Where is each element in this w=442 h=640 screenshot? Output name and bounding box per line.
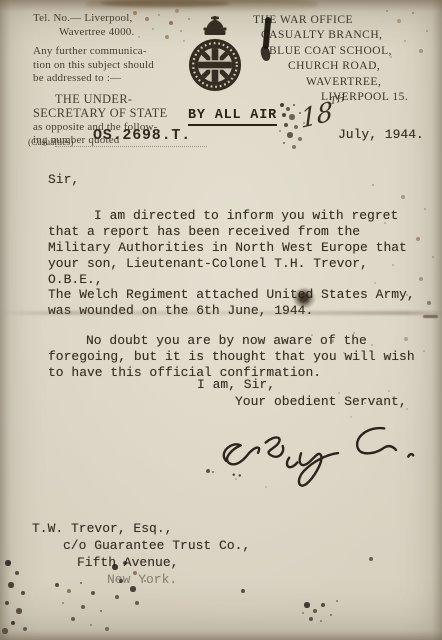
note-line: Any further communica-: [33, 45, 191, 59]
stain-speckles: [300, 598, 302, 600]
body-line: foregoing, but it is thought that you wi…: [48, 349, 430, 365]
office-line: BLUE COAT SCHOOL,: [269, 44, 408, 59]
stain: [100, 0, 230, 7]
office-line: CHURCH ROAD,: [288, 59, 408, 74]
recipient-line: T.W. Trevor, Esq.,: [32, 520, 250, 537]
salutation: Sir,: [48, 172, 430, 188]
office-line: WAVERTREE,: [306, 75, 408, 90]
stain-speckles: [4, 558, 6, 560]
body-line: was wounded on the 6th June, 1944.: [48, 303, 430, 319]
body-line: your son, Lieutenant-Colonel T.H. Trevor…: [48, 256, 430, 288]
crown-union-jack-seal-icon: [182, 16, 248, 96]
date-day-suffix: TH: [330, 92, 346, 107]
closing-line: Your obedient Servant,: [235, 394, 407, 410]
recipient-line: c/o Guarantee Trust Co.,: [32, 537, 250, 554]
tel-line: Tel. No.— Liverpool,: [33, 12, 191, 26]
stain: [86, 0, 318, 12]
body-line: that a report has been received from the: [48, 224, 430, 240]
stain-speckles: [382, 6, 384, 8]
body-line: Military Authorities in North West Europ…: [48, 240, 430, 256]
reference-line: OS.2698.T.: [55, 126, 207, 147]
stain-speckles: [330, 386, 332, 388]
air-mail-stamp: BY ALL AIR: [188, 108, 277, 126]
addressee-line: SECRETARY OF STATE: [33, 107, 191, 121]
paragraph-1: I am directed to inform you with regret …: [48, 208, 430, 319]
paragraph-2: No doubt you are by now aware of the for…: [48, 333, 430, 381]
date-day: 18: [300, 97, 333, 136]
typed-date: July, 1944.: [338, 127, 424, 143]
recipient-line: Fifth Avenue,: [32, 554, 250, 571]
body-line: The Welch Regiment attached United State…: [48, 287, 430, 303]
office-address: THE WAR OFFICE CASUALTY BRANCH, BLUE COA…: [253, 13, 408, 105]
office-line: CASUALTY BRANCH,: [261, 28, 408, 43]
letter-page: Tel. No.— Liverpool, Wavertree 4000. Any…: [0, 0, 442, 640]
signature-scrawl: [187, 412, 433, 492]
body-line: No doubt you are by now aware of the: [48, 333, 430, 349]
reference-number: OS.2698.T.: [55, 127, 191, 144]
office-line: THE WAR OFFICE: [253, 13, 408, 28]
body-line: I am directed to inform you with regret: [48, 208, 430, 224]
note-line: be addressed to :—: [33, 72, 191, 86]
closing-line: I am, Sir,: [197, 377, 275, 393]
letter-body: Sir, I am directed to inform you with re…: [48, 172, 430, 381]
recipient-line: New York.: [32, 571, 250, 588]
addressee-line: THE UNDER-: [33, 93, 191, 107]
recipient-address: T.W. Trevor, Esq., c/o Guarantee Trust C…: [32, 520, 250, 588]
tel-line: Wavertree 4000.: [33, 26, 191, 40]
note-line: tion on this subject should: [33, 59, 191, 73]
